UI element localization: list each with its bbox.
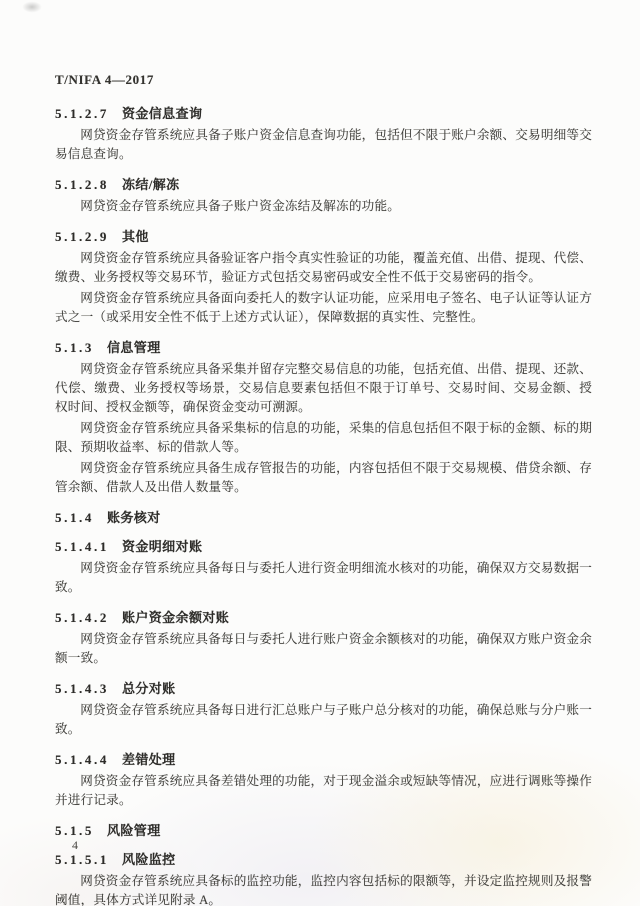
paragraph: 网贷资金存管系统应具备差错处理的功能，对于现金溢余或短缺等情况，应进行调账等操作… xyxy=(55,772,592,810)
page-number: 4 xyxy=(72,838,78,853)
section-title: 资金明细对账 xyxy=(122,539,202,554)
section-title: 冻结/解冻 xyxy=(122,177,180,192)
paragraph: 网贷资金存管系统应具备每日与委托人进行账户资金余额核对的功能，确保双方账户资金余… xyxy=(55,630,592,668)
section-number: 5.1.4.3 xyxy=(55,681,109,696)
section-number: 5.1.5 xyxy=(55,823,94,838)
section-number: 5.1.2.8 xyxy=(55,177,109,192)
section-number: 5.1.4.4 xyxy=(55,752,109,767)
section-number: 5.1.2.7 xyxy=(55,106,109,121)
section-title: 信息管理 xyxy=(107,340,161,355)
section-heading-5-1-5-1: 5.1.5.1风险监控 xyxy=(55,849,592,868)
section-title: 风险监控 xyxy=(122,852,176,867)
section-heading-5-1-4-2: 5.1.4.2账户资金余额对账 xyxy=(55,607,592,626)
section-heading-5-1-4-1: 5.1.4.1资金明细对账 xyxy=(55,536,592,555)
paragraph: 网贷资金存管系统应具备采集并留存完整交易信息的功能，包括充值、出借、提现、还款、… xyxy=(55,360,592,417)
section-number: 5.1.3 xyxy=(55,340,94,355)
paragraph: 网贷资金存管系统应具备验证客户指令真实性验证的功能，覆盖充值、出借、提现、代偿、… xyxy=(55,249,592,287)
section-heading-5-1-2-8: 5.1.2.8冻结/解冻 xyxy=(55,174,592,193)
section-title: 资金信息查询 xyxy=(122,106,202,121)
section-heading-5-1-2-7: 5.1.2.7资金信息查询 xyxy=(55,103,592,122)
section-number: 5.1.4.2 xyxy=(55,610,109,625)
section-heading-5-1-2-9: 5.1.2.9其他 xyxy=(55,226,592,245)
section-title: 风险管理 xyxy=(107,823,161,838)
paragraph: 网贷资金存管系统应具备面向委托人的数字认证功能，应采用电子签名、电子认证等认证方… xyxy=(55,289,592,327)
paragraph: 网贷资金存管系统应具备生成存管报告的功能，内容包括但不限于交易规模、借贷余额、存… xyxy=(55,459,592,497)
document-page: T/NIFA 4—2017 5.1.2.7资金信息查询 网贷资金存管系统应具备子… xyxy=(0,0,640,906)
section-title: 账务核对 xyxy=(107,510,161,525)
section-heading-5-1-4: 5.1.4账务核对 xyxy=(55,507,592,526)
paragraph: 网贷资金存管系统应具备标的监控功能，监控内容包括标的限额等，并设定监控规则及报警… xyxy=(55,872,592,906)
section-heading-5-1-3: 5.1.3信息管理 xyxy=(55,337,592,356)
document-header: T/NIFA 4—2017 xyxy=(55,72,592,88)
section-title: 其他 xyxy=(122,229,149,244)
section-title: 总分对账 xyxy=(122,681,176,696)
section-number: 5.1.2.9 xyxy=(55,229,109,244)
section-heading-5-1-4-4: 5.1.4.4差错处理 xyxy=(55,749,592,768)
section-number: 5.1.4.1 xyxy=(55,539,109,554)
paragraph: 网贷资金存管系统应具备每日进行汇总账户与子账户总分核对的功能，确保总账与分户账一… xyxy=(55,701,592,739)
paragraph: 网贷资金存管系统应具备每日与委托人进行资金明细流水核对的功能，确保双方交易数据一… xyxy=(55,559,592,597)
section-number: 5.1.5.1 xyxy=(55,852,109,867)
section-heading-5-1-4-3: 5.1.4.3总分对账 xyxy=(55,678,592,697)
paragraph: 网贷资金存管系统应具备采集标的信息的功能，采集的信息包括但不限于标的金额、标的期… xyxy=(55,419,592,457)
paragraph: 网贷资金存管系统应具备子账户资金冻结及解冻的功能。 xyxy=(55,197,592,216)
section-number: 5.1.4 xyxy=(55,510,94,525)
section-heading-5-1-5: 5.1.5风险管理 xyxy=(55,820,592,839)
paragraph: 网贷资金存管系统应具备子账户资金信息查询功能，包括但不限于账户余额、交易明细等交… xyxy=(55,126,592,164)
section-title: 账户资金余额对账 xyxy=(122,610,229,625)
section-title: 差错处理 xyxy=(122,752,176,767)
